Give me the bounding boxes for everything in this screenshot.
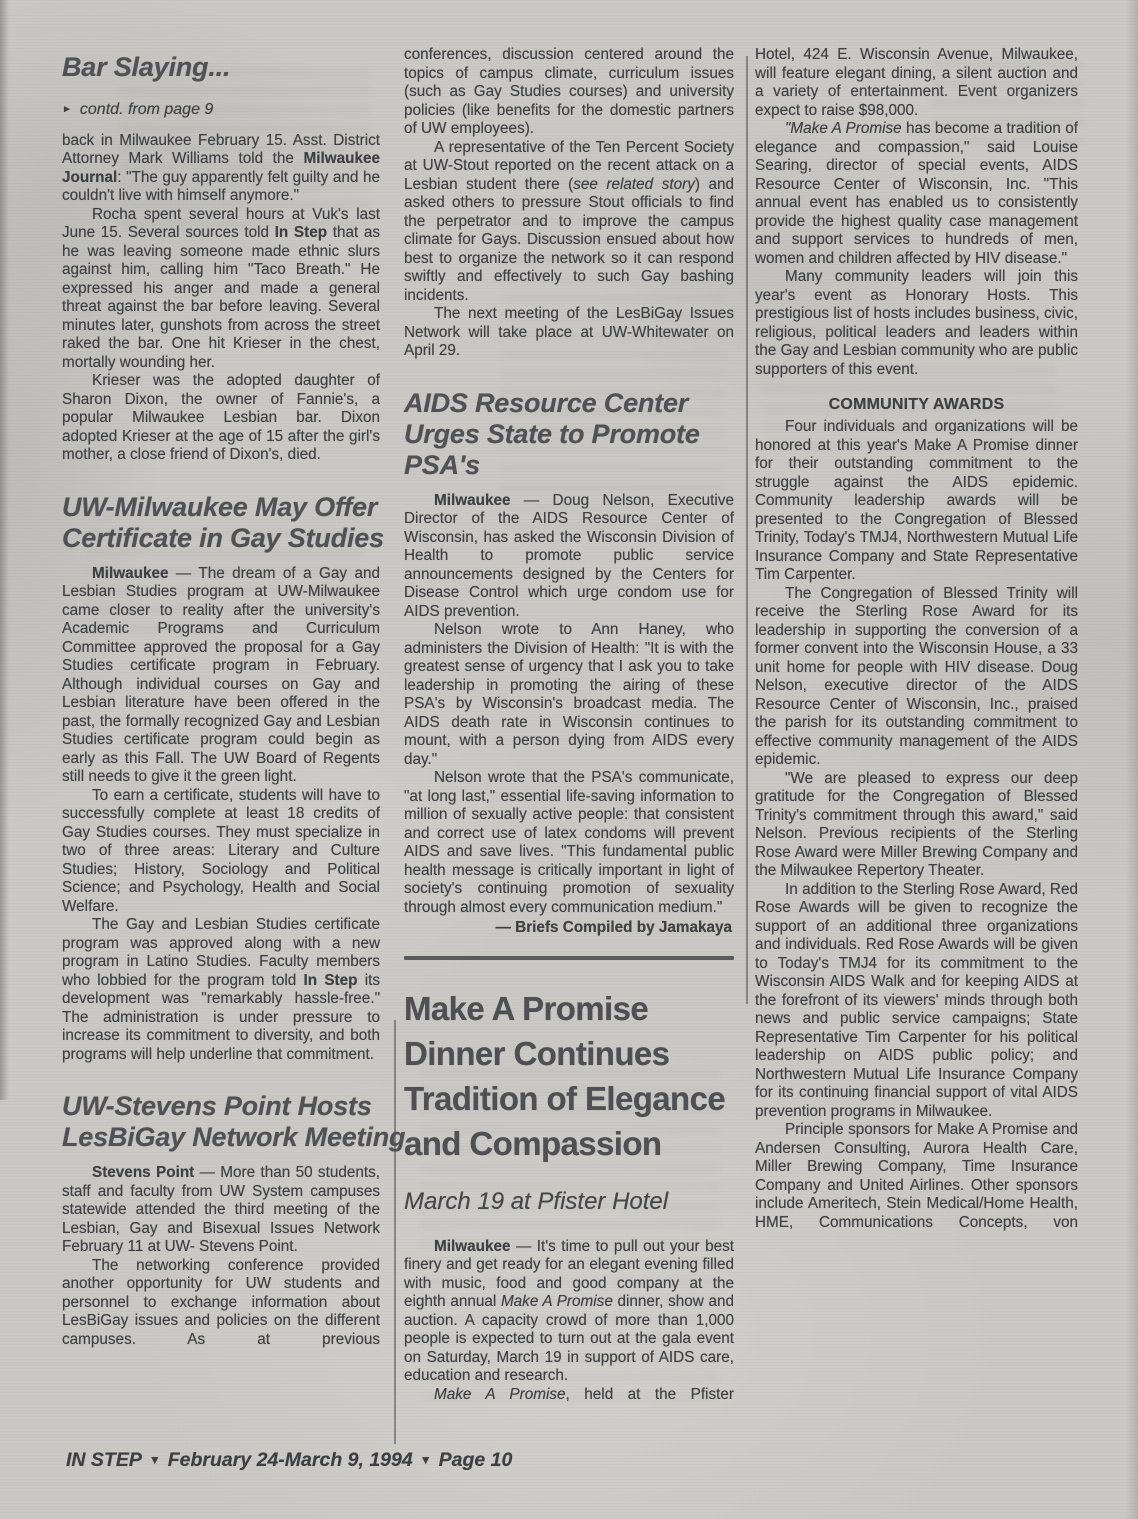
text-run: has become a tradition of elegance and c… [755,120,1078,267]
newspaper-page: Bar Slaying...►contd. from page 9back in… [0,0,1138,1519]
text-run: The next meeting of the LesBiGay Issues … [404,305,734,359]
article-subhead: March 19 at Pfister Hotel [404,1188,734,1216]
text-run: Nelson wrote to Ann Haney, who administe… [404,621,734,768]
body-paragraph: conferences, discussion centered around … [404,46,734,139]
text-run: Hotel, 424 E. Wisconsin Avenue, Milwauke… [755,46,1078,119]
text-run: — Doug Nelson, Executive Director of the… [404,492,734,620]
text-run: Stevens Point [92,1164,194,1181]
text-run: In addition to the Sterling Rose Award, … [755,881,1078,1120]
column-center: conferences, discussion centered around … [404,46,734,1404]
body-paragraph: Make A Promise, held at the Pfister [404,1386,734,1405]
body-paragraph: Milwaukee — It's time to pull out your b… [404,1238,734,1386]
body-paragraph: "Make A Promise has become a tradition o… [755,120,1078,268]
headline-line: Dinner Continues [404,1031,734,1076]
headline-line: Tradition of Elegance [404,1076,734,1121]
text-run: To earn a certificate, students will hav… [62,787,380,915]
body-paragraph: Rocha spent several hours at Vuk's last … [62,206,380,373]
body-paragraph: "We are pleased to express our deep grat… [755,770,1078,881]
feature-headline: Make A PromiseDinner ContinuesTradition … [404,986,734,1166]
text-run: Milwaukee [434,1238,511,1255]
text-run: The networking conference provided anoth… [62,1257,380,1348]
body-paragraph: Krieser was the adopted daughter of Shar… [62,372,380,465]
text-run: Make A Promise [501,1293,613,1310]
page-number: Page 10 [439,1449,513,1471]
body-paragraph: Four individuals and organizations will … [755,418,1078,585]
body-paragraph: In addition to the Sterling Rose Award, … [755,881,1078,1122]
headline-line: Bar Slaying... [62,52,380,83]
text-run: Principle sponsors for Make A Promise an… [755,1121,1078,1231]
article-headline: AIDS Resource CenterUrges State to Promo… [404,388,734,481]
page-edge-shadow [0,0,9,1100]
section-divider-rule [404,956,734,960]
issue-date: February 24-March 9, 1994 [168,1449,413,1471]
text-run: that as he was leaving someone made ethn… [62,224,380,371]
article-headline: Bar Slaying... [62,52,380,83]
article-headline: UW-Milwaukee May OfferCertificate in Gay… [62,492,380,554]
body-paragraph: The Gay and Lesbian Studies certificate … [62,916,380,1064]
body-paragraph: Milwaukee — Doug Nelson, Executive Direc… [404,492,734,622]
page-edge-shadow [1126,0,1138,1519]
body-paragraph: The Congregation of Blessed Trinity will… [755,585,1078,770]
headline-line: Certificate in Gay Studies [62,523,380,554]
text-run: Milwaukee [92,565,169,582]
text-run: Krieser was the adopted daughter of Shar… [62,372,380,463]
headline-line: PSA's [404,450,734,481]
continued-from-note: contd. from page 9 [80,101,213,118]
body-paragraph: The next meeting of the LesBiGay Issues … [404,305,734,361]
text-run: Many community leaders will join this ye… [755,268,1078,378]
column-left: Bar Slaying...►contd. from page 9back in… [62,52,380,1349]
triangle-separator-icon: ▼ [149,1453,161,1467]
headline-line: and Compassion [404,1121,734,1166]
continued-from-line: ►contd. from page 9 [62,101,380,120]
text-run: "We are pleased to express our deep grat… [755,770,1078,880]
text-run: see related story [573,176,695,193]
page-footer: IN STEP▼February 24-March 9, 1994▼Page 1… [66,1449,512,1472]
text-run: In Step [304,972,358,989]
body-paragraph: To earn a certificate, students will hav… [62,787,380,917]
headline-line: AIDS Resource Center [404,388,734,419]
text-run: , held at the Pfister [566,1386,734,1403]
headline-line: UW-Milwaukee May Offer [62,492,380,523]
body-paragraph: Milwaukee — The dream of a Gay and Lesbi… [62,565,380,787]
body-paragraph: The networking conference provided anoth… [62,1257,380,1350]
text-run: Four individuals and organizations will … [755,418,1078,583]
column-divider [394,1020,396,1444]
body-paragraph: Hotel, 424 E. Wisconsin Avenue, Milwauke… [755,46,1078,120]
text-run: Milwaukee [434,492,511,509]
continued-arrow-icon: ► [62,104,72,115]
text-run: ) and asked others to pressure Stout off… [404,176,734,304]
column-divider [746,56,748,1004]
text-run: The Congregation of Blessed Trinity will… [755,585,1078,769]
body-paragraph: Principle sponsors for Make A Promise an… [755,1121,1078,1232]
text-run: In Step [275,224,327,241]
body-paragraph: Many community leaders will join this ye… [755,268,1078,379]
triangle-separator-icon: ▼ [420,1453,432,1467]
body-paragraph: A representative of the Ten Percent Soci… [404,139,734,306]
headline-line: Urges State to Promote [404,419,734,450]
headline-line: LesBiGay Network Meeting [62,1122,380,1153]
text-run: conferences, discussion centered around … [404,46,734,137]
text-run: Nelson wrote that the PSA's communicate,… [404,769,734,916]
body-paragraph: back in Milwaukee February 15. Asst. Dis… [62,132,380,206]
article-headline: UW-Stevens Point HostsLesBiGay Network M… [62,1091,380,1153]
text-run: — The dream of a Gay and Lesbian Studies… [62,565,380,786]
section-subhead: COMMUNITY AWARDS [755,395,1078,414]
text-run: "Make A Promise [785,120,902,137]
headline-line: Make A Promise [404,986,734,1031]
body-paragraph: Nelson wrote that the PSA's communicate,… [404,769,734,917]
body-paragraph: Stevens Point — More than 50 students, s… [62,1164,380,1257]
headline-line: UW-Stevens Point Hosts [62,1091,380,1122]
briefs-byline: — Briefs Compiled by Jamakaya [404,919,734,938]
body-paragraph: Nelson wrote to Ann Haney, who administe… [404,621,734,769]
column-right: Hotel, 424 E. Wisconsin Avenue, Milwauke… [755,46,1078,1232]
text-run: Make A Promise [434,1386,566,1403]
publication-name: IN STEP [66,1449,142,1471]
